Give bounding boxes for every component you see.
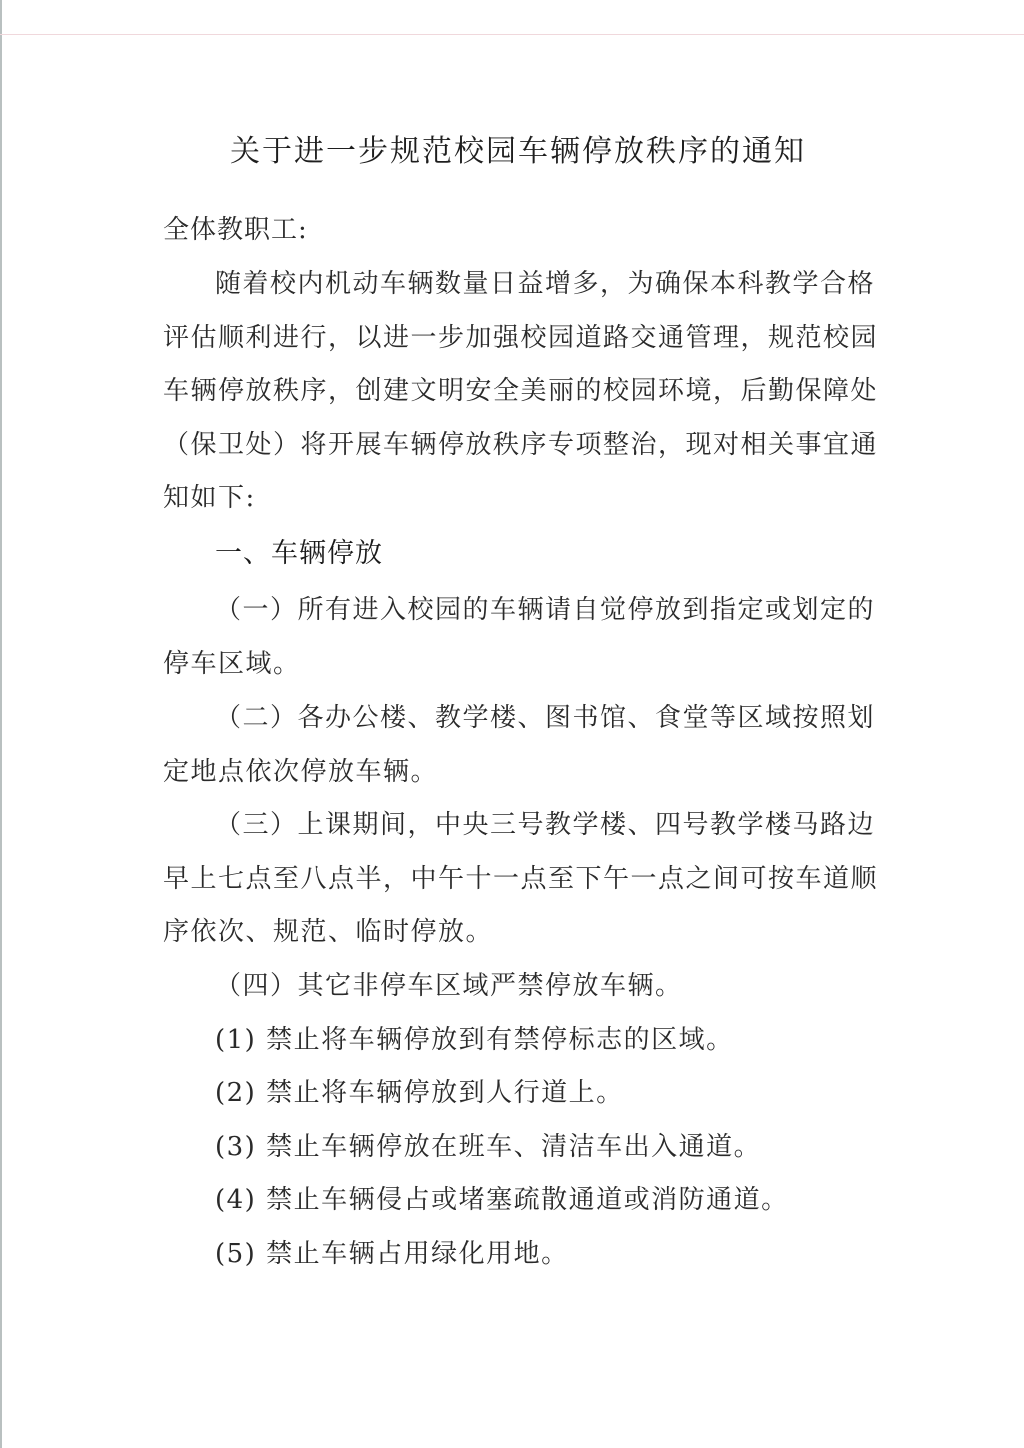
salutation: 全体教职工:: [163, 210, 308, 250]
clause-line: （三）上课期间，中央三号教学楼、四号教学楼马路边: [163, 799, 873, 853]
prohibition-item: (4) 禁止车辆侵占或堵塞疏散通道或消防通道。: [215, 1180, 789, 1220]
intro-line: 评估顺利进行，以进一步加强校园道路交通管理，规范校园: [163, 312, 873, 366]
document-title: 关于进一步规范校园车辆停放秩序的通知: [163, 130, 873, 174]
prohibition-item: (2) 禁止将车辆停放到人行道上。: [215, 1073, 624, 1113]
clause-line: （二）各办公楼、教学楼、图书馆、食堂等区域按照划: [163, 692, 873, 746]
prohibition-item: (1) 禁止将车辆停放到有禁停标志的区域。: [215, 1020, 734, 1060]
clause-1: （一）所有进入校园的车辆请自觉停放到指定或划定的 停车区域。: [163, 584, 873, 691]
intro-line: 知如下:: [163, 472, 873, 526]
section-heading-vehicle-parking: 一、车辆停放: [215, 532, 383, 576]
clause-line: 序依次、规范、临时停放。: [163, 906, 873, 960]
intro-line: 随着校内机动车辆数量日益增多，为确保本科教学合格: [163, 258, 873, 312]
scan-top-rule: [0, 34, 1024, 35]
intro-line: （保卫处）将开展车辆停放秩序专项整治，现对相关事宜通: [163, 419, 873, 473]
clause-4: （四）其它非停车区域严禁停放车辆。: [215, 966, 683, 1006]
clause-line: 停车区域。: [163, 638, 873, 692]
prohibition-item: (5) 禁止车辆占用绿化用地。: [215, 1234, 569, 1274]
intro-paragraph: 随着校内机动车辆数量日益增多，为确保本科教学合格 评估顺利进行，以进一步加强校园…: [163, 258, 873, 526]
clause-line: （一）所有进入校园的车辆请自觉停放到指定或划定的: [163, 584, 873, 638]
clause-2: （二）各办公楼、教学楼、图书馆、食堂等区域按照划 定地点依次停放车辆。: [163, 692, 873, 799]
intro-line: 车辆停放秩序，创建文明安全美丽的校园环境，后勤保障处: [163, 365, 873, 419]
prohibition-item: (3) 禁止车辆停放在班车、清洁车出入通道。: [215, 1127, 761, 1167]
scan-page-edge: [0, 0, 2, 1448]
clause-3: （三）上课期间，中央三号教学楼、四号教学楼马路边 早上七点至八点半，中午十一点至…: [163, 799, 873, 960]
clause-line: 早上七点至八点半，中午十一点至下午一点之间可按车道顺: [163, 853, 873, 907]
clause-line: 定地点依次停放车辆。: [163, 746, 873, 800]
